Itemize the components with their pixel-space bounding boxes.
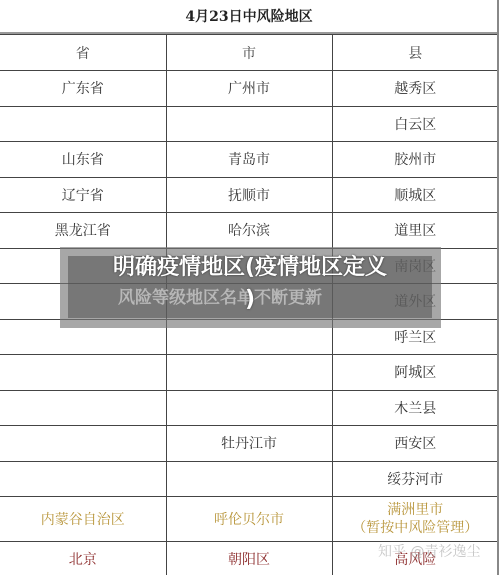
table-title: 4月23日中风险地区 [0,0,498,34]
management-note: （暂按中风险管理） [333,519,499,537]
city-cell: 哈尔滨 [166,213,332,249]
city-cell [166,390,332,426]
table-row: 木兰县 [0,390,498,426]
table-row: 绥芬河市 [0,461,498,497]
table-row: 广东省 广州市 越秀区 [0,71,498,107]
table-right-border [497,0,499,575]
county-cell: 胶州市 [332,142,498,178]
city-cell: 广州市 [166,71,332,107]
province-cell [0,461,166,497]
city-cell: 朝阳区 [166,542,332,575]
county-cell: 白云区 [332,106,498,142]
caption-title-line-2: ) [70,284,430,316]
column-header-county: 县 [332,35,498,71]
province-cell: 广东省 [0,71,166,107]
table-row: 牡丹江市 西安区 [0,426,498,462]
city-cell: 呼伦贝尔市 [166,497,332,542]
province-cell [0,355,166,391]
city-cell: 青岛市 [166,142,332,178]
county-cell: 木兰县 [332,390,498,426]
county-cell: 越秀区 [332,71,498,107]
table-header-row: 省 市 县 [0,35,498,71]
province-cell [0,106,166,142]
caption-title-line-1: 明确疫情地区(疫情地区定义 [70,252,430,284]
province-cell: 黑龙江省 [0,213,166,249]
county-cell: 满洲里市 （暂按中风险管理） [332,497,498,542]
county-cell: 道里区 [332,213,498,249]
province-cell: 山东省 [0,142,166,178]
province-cell: 内蒙谷自治区 [0,497,166,542]
table-row: 山东省 青岛市 胶州市 [0,142,498,178]
table-row: 白云区 [0,106,498,142]
city-cell [166,355,332,391]
city-cell: 抚顺市 [166,177,332,213]
county-cell: 西安区 [332,426,498,462]
province-cell [0,390,166,426]
province-cell: 北京 [0,542,166,575]
province-cell [0,426,166,462]
city-cell [166,106,332,142]
county-cell: 阿城区 [332,355,498,391]
county-cell: 绥芬河市 [332,461,498,497]
column-header-city: 市 [166,35,332,71]
watermark: 知乎 @青衫逸尘 [378,541,480,561]
caption-title: 明确疫情地区(疫情地区定义 ) [70,252,430,316]
table-row: 黑龙江省 哈尔滨 道里区 [0,213,498,249]
province-cell: 辽宁省 [0,177,166,213]
table-row: 辽宁省 抚顺市 顺城区 [0,177,498,213]
county-cell: 顺城区 [332,177,498,213]
city-cell: 牡丹江市 [166,426,332,462]
county-name: 满洲里市 [333,501,499,519]
table-row: 阿城区 [0,355,498,391]
column-header-province: 省 [0,35,166,71]
table-row-inner-mongolia: 内蒙谷自治区 呼伦贝尔市 满洲里市 （暂按中风险管理） [0,497,498,542]
city-cell [166,461,332,497]
